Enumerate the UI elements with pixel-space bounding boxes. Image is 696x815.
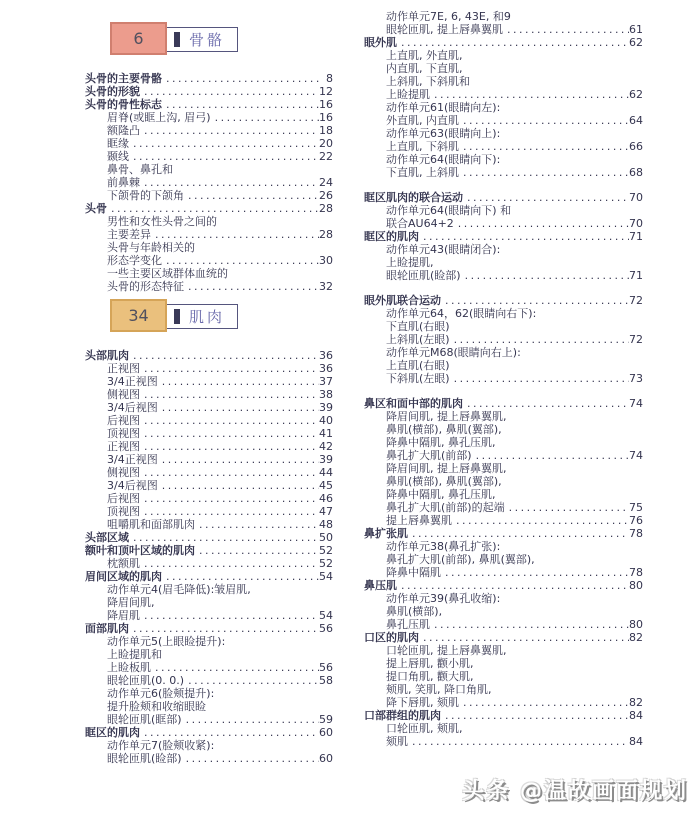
toc-entry-label: 后视图 xyxy=(107,492,140,505)
chapter-number-badge: 34 xyxy=(110,299,167,332)
toc-entry-label: 动作单元64(眼睛向下) 和 xyxy=(386,204,511,217)
toc-entry-label: 3/4正视图 xyxy=(107,453,158,466)
toc-entry: 动作单元39(鼻孔收缩): xyxy=(364,592,643,605)
chapter-heading: 骨骼6 xyxy=(110,22,333,58)
toc-entry-label: 上斜肌, 下斜肌和 xyxy=(386,75,470,88)
toc-entry: 上直肌(右眼) xyxy=(364,359,643,372)
toc-leader-dots: ........................................… xyxy=(419,631,629,644)
toc-entry: 降鼻中隔肌, 鼻孔压肌, xyxy=(364,488,643,501)
toc-page-number: 44 xyxy=(319,466,333,479)
toc-entry-label: 鼻肌(横部), xyxy=(386,605,442,618)
toc-entry: 头骨......................................… xyxy=(85,202,333,215)
toc-entry: 降眉间肌, 提上唇鼻翼肌, xyxy=(364,462,643,475)
toc-entry-label: 正视图 xyxy=(107,362,140,375)
toc-entry: 上斜肌, 下斜肌和 xyxy=(364,75,643,88)
toc-entry-label: 降鼻中隔肌 xyxy=(386,566,441,579)
toc-entry: 下直肌(右眼) xyxy=(364,320,643,333)
toc-page-number: 47 xyxy=(319,505,333,518)
toc-entry: 动作单元5(上眼睑提升): xyxy=(85,635,333,648)
toc-entry: 3/4后视图..................................… xyxy=(85,479,333,492)
toc-leader-dots: ........................................… xyxy=(162,98,319,111)
toc-leader-dots: ........................................… xyxy=(140,609,319,622)
toc-entry: 一些主要区域群体血统的 xyxy=(85,267,333,280)
toc-page-number: 50 xyxy=(319,531,333,544)
toc-entry-label: 降下唇肌, 颏肌 xyxy=(386,696,459,709)
toc-leader-dots: ........................................… xyxy=(151,228,319,241)
toc-entry: 头骨与年龄相关的 xyxy=(85,241,333,254)
toc-page-number: 16 xyxy=(319,111,333,124)
toc-entry: 内直肌, 下直肌, xyxy=(364,62,643,75)
toc-leader-dots: ........................................… xyxy=(463,397,629,410)
toc-entry-label: 头部肌肉 xyxy=(85,349,129,362)
toc-entry-label: 眉间区域的肌肉 xyxy=(85,570,162,583)
toc-leader-dots: ........................................… xyxy=(452,514,629,527)
toc-entry: 上直肌, 外直肌, xyxy=(364,49,643,62)
toc-entry-label: 提升脸颊和收缩眼睑 xyxy=(107,700,206,713)
toc-page-number: 52 xyxy=(319,557,333,570)
toc-entry: 男性和女性头骨之间的 xyxy=(85,215,333,228)
toc-page-number: 70 xyxy=(629,191,643,204)
toc-entry: 动作单元38(鼻孔扩张): xyxy=(364,540,643,553)
toc-entry: 眼轮匝肌(0. 0.).............................… xyxy=(85,674,333,687)
toc-entry: 动作单元61(眼睛向左): xyxy=(364,101,643,114)
toc-entry: 颏肌......................................… xyxy=(364,735,643,748)
toc-entry: 下颌骨的下颌角.................................… xyxy=(85,189,333,202)
toc-leader-dots: ........................................… xyxy=(397,579,629,592)
toc-entry: 眉间区域的肌肉.................................… xyxy=(85,570,333,583)
toc-entry-label: 眼轮匝肌(0. 0.) xyxy=(107,674,184,687)
toc-entry: 头骨的主要骨骼.................................… xyxy=(85,72,333,85)
toc-leader-dots: ........................................… xyxy=(140,388,319,401)
toc-page-number: 32 xyxy=(319,280,333,293)
watermark: 头条 @温故画面规划 xyxy=(462,774,688,805)
toc-entry-label: 动作单元5(上眼睑提升): xyxy=(107,635,225,648)
toc-leader-dots: ........................................… xyxy=(182,752,319,765)
toc-page-number: 12 xyxy=(319,85,333,98)
toc-entry: 鼻肌(横部), 鼻肌(翼部), xyxy=(364,475,643,488)
toc-entry-label: 下直肌(右眼) xyxy=(386,320,450,333)
toc-entry: 额叶和顶叶区域的肌肉..............................… xyxy=(85,544,333,557)
toc-entry: 动作单元64(眼睛向下): xyxy=(364,153,643,166)
toc-entry-label: 提上唇鼻翼肌 xyxy=(386,514,452,527)
toc-leader-dots: ........................................… xyxy=(184,280,319,293)
toc-page-number: 58 xyxy=(319,674,333,687)
toc-entry-label: 眉脊(或眶上沟, 眉弓) xyxy=(107,111,211,124)
toc-entry-label: 眼外肌联合运动 xyxy=(364,294,441,307)
toc-leader-dots: ........................................… xyxy=(195,518,319,531)
toc-entry-label: 鼻扩张肌 xyxy=(364,527,408,540)
toc-entry-label: 额叶和顶叶区域的肌肉 xyxy=(85,544,195,557)
toc-page-number: 64 xyxy=(629,114,643,127)
toc-leader-dots: ........................................… xyxy=(129,150,319,163)
toc-leader-dots: ........................................… xyxy=(182,713,319,726)
toc-entry: 降眉间肌, 提上唇鼻翼肌, xyxy=(364,410,643,423)
toc-entry-label: 上睑提肌 xyxy=(386,88,430,101)
toc-entry: 动作单元M68(眼睛向右上): xyxy=(364,346,643,359)
toc-page-number: 24 xyxy=(319,176,333,189)
toc-leader-dots: ........................................… xyxy=(140,414,319,427)
toc-entry-label: 外直肌, 内直肌 xyxy=(386,114,459,127)
toc-leader-dots: ........................................… xyxy=(184,674,319,687)
toc-leader-dots: ........................................… xyxy=(408,527,629,540)
toc-leader-dots: ........................................… xyxy=(450,372,629,385)
toc-page-number: 45 xyxy=(319,479,333,492)
toc-entry-label: 降眉间肌, 提上唇鼻翼肌, xyxy=(386,410,507,423)
toc-page-number: 16 xyxy=(319,98,333,111)
toc-entry-label: 眶区肌肉的联合运动 xyxy=(364,191,463,204)
toc-entry: 3/4后视图..................................… xyxy=(85,401,333,414)
toc-entry-label: 上直肌(右眼) xyxy=(386,359,450,372)
toc-entry-label: 顶视图 xyxy=(107,505,140,518)
toc-page-number: 78 xyxy=(629,527,643,540)
toc-entry: 鼻骨、鼻孔和 xyxy=(85,163,333,176)
toc-leader-dots: ........................................… xyxy=(162,570,319,583)
toc-entry-label: 眶区的肌肉 xyxy=(85,726,140,739)
toc-page-number: 8 xyxy=(319,72,333,85)
toc-entry: 口轮匝肌, 提上唇鼻翼肌, xyxy=(364,644,643,657)
toc-entry: 鼻孔扩大肌(前部)...............................… xyxy=(364,449,643,462)
toc-entry-label: 口轮匝肌, 颊肌, xyxy=(386,722,463,735)
toc-entry: 鼻孔扩大肌(前部)的起端............................… xyxy=(364,501,643,514)
toc-leader-dots: ........................................… xyxy=(158,401,319,414)
toc-entry-label: 颊肌, 笑肌, 降口角肌, xyxy=(386,683,491,696)
toc-entry-label: 眼外肌 xyxy=(364,36,397,49)
toc-entry-label: 头骨 xyxy=(85,202,107,215)
toc-leader-dots: ........................................… xyxy=(430,618,629,631)
toc-entry: 眶区肌肉的联合运动...............................… xyxy=(364,191,643,204)
toc-entry: 鼻压肌.....................................… xyxy=(364,579,643,592)
toc-entry: 头骨的形貌...................................… xyxy=(85,85,333,98)
toc-page-number: 72 xyxy=(629,294,643,307)
toc-entry: 主要差异....................................… xyxy=(85,228,333,241)
toc-page-number: 80 xyxy=(629,579,643,592)
toc-leader-dots: ........................................… xyxy=(430,88,629,101)
toc-entry: 鼻肌(横部), 鼻肌(翼部), xyxy=(364,423,643,436)
toc-leader-dots: ........................................… xyxy=(140,492,319,505)
toc-entry: 眼轮匝肌(睑部)................................… xyxy=(364,269,643,282)
toc-entry: 额隆凸.....................................… xyxy=(85,124,333,137)
toc-entry-label: 正视图 xyxy=(107,440,140,453)
toc-leader-dots: ........................................… xyxy=(129,531,319,544)
toc-entry: 前鼻棘.....................................… xyxy=(85,176,333,189)
toc-entry: 侧视图.....................................… xyxy=(85,388,333,401)
toc-entry-label: 头骨的形态特征 xyxy=(107,280,184,293)
toc-entry-label: 口部群组的肌肉 xyxy=(364,709,441,722)
toc-page-number: 56 xyxy=(319,661,333,674)
toc-page-number: 59 xyxy=(319,713,333,726)
toc-page-number: 73 xyxy=(629,372,643,385)
toc-page-number: 82 xyxy=(629,696,643,709)
toc-leader-dots: ........................................… xyxy=(503,23,629,36)
toc-entry: 降下唇肌, 颏肌................................… xyxy=(364,696,643,709)
toc-entry-label: 上斜肌(左眼) xyxy=(386,333,450,346)
toc-leader-dots: ........................................… xyxy=(140,124,319,137)
toc-leader-dots: ........................................… xyxy=(158,375,319,388)
toc-entry-label: 降眉肌 xyxy=(107,609,140,622)
toc-page-number: 74 xyxy=(629,449,643,462)
toc-entry-label: 颞线 xyxy=(107,150,129,163)
toc-entry-label: 鼻压肌 xyxy=(364,579,397,592)
toc-entry-label: 动作单元6(脸颊提升): xyxy=(107,687,214,700)
toc-page-number: 62 xyxy=(629,36,643,49)
toc-entry-label: 主要差异 xyxy=(107,228,151,241)
toc-page-number: 78 xyxy=(629,566,643,579)
toc-page-number: 20 xyxy=(319,137,333,150)
toc-page-number: 36 xyxy=(319,349,333,362)
toc-page-number: 56 xyxy=(319,622,333,635)
toc-leader-dots: ........................................… xyxy=(129,349,319,362)
toc-entry: 头部区域....................................… xyxy=(85,531,333,544)
toc-page-number: 82 xyxy=(629,631,643,644)
toc-entry-label: 鼻孔扩大肌(前部)的起端 xyxy=(386,501,505,514)
toc-entry-label: 头部区域 xyxy=(85,531,129,544)
toc-entry: 头骨的形态特征.................................… xyxy=(85,280,333,293)
chapter-number-badge: 6 xyxy=(110,22,167,55)
toc-entry: 头骨的骨性标志.................................… xyxy=(85,98,333,111)
toc-leader-dots: ........................................… xyxy=(463,191,629,204)
toc-entry: 动作单元63(眼睛向上): xyxy=(364,127,643,140)
toc-page-number: 54 xyxy=(319,609,333,622)
toc-entry: 眉脊(或眶上沟, 眉弓)............................… xyxy=(85,111,333,124)
toc-leader-dots: ........................................… xyxy=(408,735,629,748)
toc-page-number: 38 xyxy=(319,388,333,401)
toc-entry-label: 鼻孔扩大肌(前部), 鼻肌(翼部), xyxy=(386,553,535,566)
toc-entry: 上斜肌(左眼).................................… xyxy=(364,333,643,346)
toc-entry: 眶区的肌肉...................................… xyxy=(364,230,643,243)
toc-entry-label: 降鼻中隔肌, 鼻孔压肌, xyxy=(386,488,496,501)
toc-entry: 鼻区和面中部的肌肉...............................… xyxy=(364,397,643,410)
toc-entry: 提升脸颊和收缩眼睑 xyxy=(85,700,333,713)
toc-entry-label: 3/4正视图 xyxy=(107,375,158,388)
toc-entry-label: 眼轮匝肌(睑部) xyxy=(107,752,182,765)
toc-entry-label: 动作单元7(脸颊收紧): xyxy=(107,739,214,752)
toc-entry: 上睑提肌....................................… xyxy=(364,88,643,101)
toc-page-number: 48 xyxy=(319,518,333,531)
toc-entry-label: 眼轮匝肌(眶部) xyxy=(107,713,182,726)
toc-leader-dots: ........................................… xyxy=(158,479,319,492)
toc-page-number: 71 xyxy=(629,269,643,282)
toc-entry-label: 形态学变化 xyxy=(107,254,162,267)
toc-page-number: 75 xyxy=(629,501,643,514)
toc-leader-dots: ........................................… xyxy=(140,362,319,375)
toc-entry: 3/4正视图..................................… xyxy=(85,375,333,388)
toc-entry: 动作单元43(眼睛闭合): xyxy=(364,243,643,256)
toc-entry: 面部肌肉....................................… xyxy=(85,622,333,635)
toc-entry-label: 鼻骨、鼻孔和 xyxy=(107,163,173,176)
toc-entry-label: 动作单元43(眼睛闭合): xyxy=(386,243,500,256)
toc-page-number: 22 xyxy=(319,150,333,163)
toc-entry-label: 鼻肌(横部), 鼻肌(翼部), xyxy=(386,423,502,436)
toc-leader-dots: ........................................… xyxy=(441,709,629,722)
toc-entry-label: 动作单元64，62(眼睛向右下): xyxy=(386,307,536,320)
toc-entry: 3/4正视图..................................… xyxy=(85,453,333,466)
toc-leader-dots: ........................................… xyxy=(107,202,319,215)
toc-page-number: 52 xyxy=(319,544,333,557)
toc-entry-label: 下斜肌(左眼) xyxy=(386,372,450,385)
toc-entry-label: 咀嚼肌和面部肌肉 xyxy=(107,518,195,531)
toc-entry-label: 动作单元63(眼睛向上): xyxy=(386,127,500,140)
toc-leader-dots: ........................................… xyxy=(129,137,319,150)
toc-entry-label: 前鼻棘 xyxy=(107,176,140,189)
toc-page-number: 54 xyxy=(319,570,333,583)
toc-entry-label: 侧视图 xyxy=(107,388,140,401)
toc-page-number: 39 xyxy=(319,453,333,466)
toc-entry-label: 头骨的主要骨骼 xyxy=(85,72,162,85)
toc-leader-dots: ........................................… xyxy=(140,726,319,739)
toc-page-number: 80 xyxy=(629,618,643,631)
toc-entry: 外直肌, 内直肌................................… xyxy=(364,114,643,127)
toc-entry-label: 动作单元4(眉毛降低):皱眉肌, xyxy=(107,583,251,596)
toc-entry-label: 鼻肌(横部), 鼻肌(翼部), xyxy=(386,475,502,488)
toc-leader-dots: ........................................… xyxy=(140,557,319,570)
toc-entry-label: 提上唇肌, 颧小肌, xyxy=(386,657,474,670)
toc-column-right: 动作单元7E, 6, 43E, 和9眼轮匝肌, 提上唇鼻翼肌..........… xyxy=(364,10,643,748)
toc-page-number: 68 xyxy=(629,166,643,179)
toc-page-number: 37 xyxy=(319,375,333,388)
toc-page-number: 60 xyxy=(319,726,333,739)
toc-page-number: 46 xyxy=(319,492,333,505)
toc-page-number: 39 xyxy=(319,401,333,414)
toc-leader-dots: ........................................… xyxy=(140,176,319,189)
toc-page-number: 41 xyxy=(319,427,333,440)
toc-entry-label: 男性和女性头骨之间的 xyxy=(107,215,217,228)
toc-entry: 正视图.....................................… xyxy=(85,362,333,375)
toc-entry-label: 眶区的肌肉 xyxy=(364,230,419,243)
toc-entry: 口轮匝肌, 颊肌, xyxy=(364,722,643,735)
toc-entry-label: 眼轮匝肌(睑部) xyxy=(386,269,461,282)
toc-entry: 提上唇肌, 颧小肌, xyxy=(364,657,643,670)
toc-entry-label: 鼻孔压肌 xyxy=(386,618,430,631)
toc-entry: 下斜肌(左眼).................................… xyxy=(364,372,643,385)
toc-entry: 眼轮匝肌(眶部)................................… xyxy=(85,713,333,726)
toc-page-number: 30 xyxy=(319,254,333,267)
toc-gap xyxy=(364,385,643,397)
toc-entry: 动作单元6(脸颊提升): xyxy=(85,687,333,700)
toc-column-left: 骨骼6头骨的主要骨骼..............................… xyxy=(85,16,333,765)
toc-entry: 眶缘......................................… xyxy=(85,137,333,150)
toc-entry: 后视图.....................................… xyxy=(85,492,333,505)
toc-entry: 下直肌, 上斜肌................................… xyxy=(364,166,643,179)
toc-entry-label: 头骨的骨性标志 xyxy=(85,98,162,111)
toc-entry: 鼻孔扩大肌(前部), 鼻肌(翼部), xyxy=(364,553,643,566)
toc-entry: 鼻肌(横部), xyxy=(364,605,643,618)
toc-entry: 动作单元64，62(眼睛向右下): xyxy=(364,307,643,320)
toc-leader-dots: ........................................… xyxy=(140,466,319,479)
toc-entry-label: 上直肌, 外直肌, xyxy=(386,49,463,62)
toc-page-number: 61 xyxy=(629,23,643,36)
toc-leader-dots: ........................................… xyxy=(151,661,319,674)
toc-page: 骨骼6头骨的主要骨骼..............................… xyxy=(0,0,696,815)
toc-leader-dots: ........................................… xyxy=(441,566,629,579)
toc-leader-dots: ........................................… xyxy=(158,453,319,466)
toc-leader-dots: ........................................… xyxy=(472,449,629,462)
toc-entry: 头部肌肉....................................… xyxy=(85,349,333,362)
toc-entry-label: 鼻孔扩大肌(前部) xyxy=(386,449,472,462)
toc-entry: 降鼻中隔肌...................................… xyxy=(364,566,643,579)
toc-page-number: 66 xyxy=(629,140,643,153)
toc-entry: 正视图.....................................… xyxy=(85,440,333,453)
toc-leader-dots: ........................................… xyxy=(129,622,319,635)
toc-entry: 后视图.....................................… xyxy=(85,414,333,427)
toc-entry-label: 上睑提肌, xyxy=(386,256,434,269)
toc-entry: 动作单元7(脸颊收紧): xyxy=(85,739,333,752)
toc-entry: 动作单元64(眼睛向下) 和 xyxy=(364,204,643,217)
toc-leader-dots: ........................................… xyxy=(162,254,319,267)
toc-entry-label: 眼轮匝肌, 提上唇鼻翼肌 xyxy=(386,23,503,36)
toc-page-number: 71 xyxy=(629,230,643,243)
toc-entry: 提上唇鼻翼肌..................................… xyxy=(364,514,643,527)
toc-entry: 上直肌, 下斜肌................................… xyxy=(364,140,643,153)
toc-page-number: 84 xyxy=(629,709,643,722)
toc-entry: 口区的肌肉...................................… xyxy=(364,631,643,644)
toc-entry-label: 下颌骨的下颌角 xyxy=(107,189,184,202)
toc-entry-label: 眶缘 xyxy=(107,137,129,150)
toc-entry: 鼻孔压肌....................................… xyxy=(364,618,643,631)
toc-entry: 咀嚼肌和面部肌肉................................… xyxy=(85,518,333,531)
toc-entry: 提口角肌, 颧大肌, xyxy=(364,670,643,683)
toc-leader-dots: ........................................… xyxy=(195,544,319,557)
toc-leader-dots: ........................................… xyxy=(505,501,629,514)
chapter-accent-bar xyxy=(174,32,180,47)
toc-page-number: 84 xyxy=(629,735,643,748)
toc-entry: 眼轮匝肌, 提上唇鼻翼肌............................… xyxy=(364,23,643,36)
toc-page-number: 62 xyxy=(629,88,643,101)
toc-entry-label: 降鼻中隔肌, 鼻孔压肌, xyxy=(386,436,496,449)
toc-gap xyxy=(364,179,643,191)
toc-entry-label: 3/4后视图 xyxy=(107,401,158,414)
toc-leader-dots: ........................................… xyxy=(211,111,319,124)
toc-entry: 颞线......................................… xyxy=(85,150,333,163)
toc-entry: 枕额肌.....................................… xyxy=(85,557,333,570)
toc-entry: 眶区的肌肉...................................… xyxy=(85,726,333,739)
toc-page-number: 28 xyxy=(319,228,333,241)
chapter-title: 骨骼 xyxy=(189,29,225,50)
toc-entry-label: 动作单元M68(眼睛向右上): xyxy=(386,346,521,359)
toc-entry: 动作单元7E, 6, 43E, 和9 xyxy=(364,10,643,23)
toc-leader-dots: ........................................… xyxy=(441,294,629,307)
toc-entry-label: 提口角肌, 颧大肌, xyxy=(386,670,474,683)
toc-entry-label: 头骨与年龄相关的 xyxy=(107,241,195,254)
toc-entry: 降眉间肌, xyxy=(85,596,333,609)
toc-entry: 眼外肌.....................................… xyxy=(364,36,643,49)
toc-page-number: 76 xyxy=(629,514,643,527)
toc-entry-label: 下直肌, 上斜肌 xyxy=(386,166,459,179)
toc-leader-dots: ........................................… xyxy=(140,427,319,440)
toc-entry-label: 上睑提肌和 xyxy=(107,648,162,661)
toc-page-number: 70 xyxy=(629,217,643,230)
toc-entry-label: 顶视图 xyxy=(107,427,140,440)
toc-entry-label: 降眉间肌, xyxy=(107,596,155,609)
toc-page-number: 40 xyxy=(319,414,333,427)
toc-entry: 降鼻中隔肌, 鼻孔压肌, xyxy=(364,436,643,449)
toc-entry-label: 面部肌肉 xyxy=(85,622,129,635)
toc-entry: 上睑板肌....................................… xyxy=(85,661,333,674)
toc-entry-label: 动作单元7E, 6, 43E, 和9 xyxy=(386,10,511,23)
toc-entry-label: 动作单元39(鼻孔收缩): xyxy=(386,592,500,605)
toc-entry-label: 一些主要区域群体血统的 xyxy=(107,267,228,280)
toc-entry-label: 颏肌 xyxy=(386,735,408,748)
toc-page-number: 18 xyxy=(319,124,333,137)
chapter-heading: 肌肉34 xyxy=(110,299,333,335)
toc-entry: 眼外肌联合运动.................................… xyxy=(364,294,643,307)
toc-entry-label: 侧视图 xyxy=(107,466,140,479)
toc-entry-label: 动作单元61(眼睛向左): xyxy=(386,101,500,114)
toc-entry: 联合AU64+2................................… xyxy=(364,217,643,230)
toc-entry: 上睑提肌和 xyxy=(85,648,333,661)
toc-entry-label: 上直肌, 下斜肌 xyxy=(386,140,459,153)
toc-entry-label: 头骨的形貌 xyxy=(85,85,140,98)
chapter-accent-bar xyxy=(174,309,180,324)
